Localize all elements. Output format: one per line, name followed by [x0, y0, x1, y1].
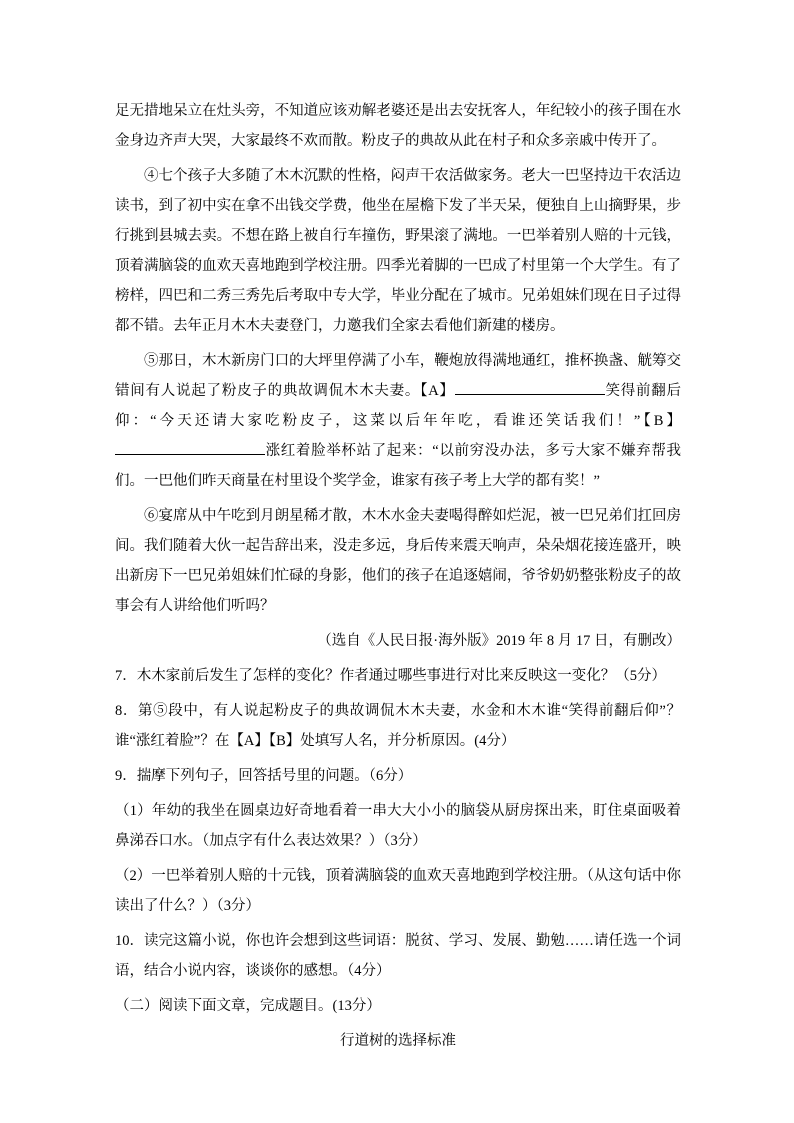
fill-in-blank-a [455, 379, 605, 395]
paragraph-4: ④七个孩子大多随了木木沉默的性格，闷声干农活做家务。老大一巴坚持边干农活边读书，… [115, 161, 681, 341]
source-attribution: （选自《人民日报·海外版》2019 年 8 月 17 日，有删改） [115, 626, 681, 656]
paragraph-3-continuation: 足无措地呆立在灶头旁，不知道应该劝解老婆还是出去安抚客人，年纪较小的孩子围在水金… [115, 96, 681, 156]
section-two-heading: （二）阅读下面文章，完成题目。(13分） [115, 991, 681, 1021]
question-9-sub-2: （2）一巴举着别人赔的十元钱，顶着满脑袋的血欢天喜地跑到学校注册。（从这句话中你… [115, 861, 681, 921]
question-7: 7．木木家前后发生了怎样的变化？作者通过哪些事进行对比来反映这一变化？（5分） [115, 661, 681, 691]
page-content: 足无措地呆立在灶头旁，不知道应该劝解老婆还是出去安抚客人，年纪较小的孩子围在水金… [115, 96, 681, 1056]
paragraph-5: ⑤那日，木木新房门口的大坪里停满了小车，鞭炮放得满地通红，推杯换盏、觥筹交错间有… [115, 346, 681, 496]
question-9: 9．揣摩下列句子，回答括号里的问题。（6分） [115, 761, 681, 791]
fill-in-blank-b [115, 439, 265, 455]
question-8: 8．第⑤段中，有人说起粉皮子的典故调侃木木夫妻，水金和木木谁“笑得前翻后仰”？谁… [115, 696, 681, 756]
section-two-article-title: 行道树的选择标准 [115, 1026, 681, 1056]
question-10: 10．读完这篇小说，你也许会想到这些词语：脱贫、学习、发展、勤勉……请任选一个词… [115, 926, 681, 986]
question-9-sub-1: （1）年幼的我坐在圆桌边好奇地看着一串大大小小的脑袋从厨房探出来，盯住桌面吸着鼻… [115, 796, 681, 856]
paragraph-6: ⑥宴席从中午吃到月朗星稀才散，木木水金夫妻喝得醉如烂泥，被一巴兄弟们扛回房间。我… [115, 501, 681, 621]
exam-page: 足无措地呆立在灶头旁，不知道应该劝解老婆还是出去安抚客人，年纪较小的孩子围在水金… [0, 0, 794, 1123]
